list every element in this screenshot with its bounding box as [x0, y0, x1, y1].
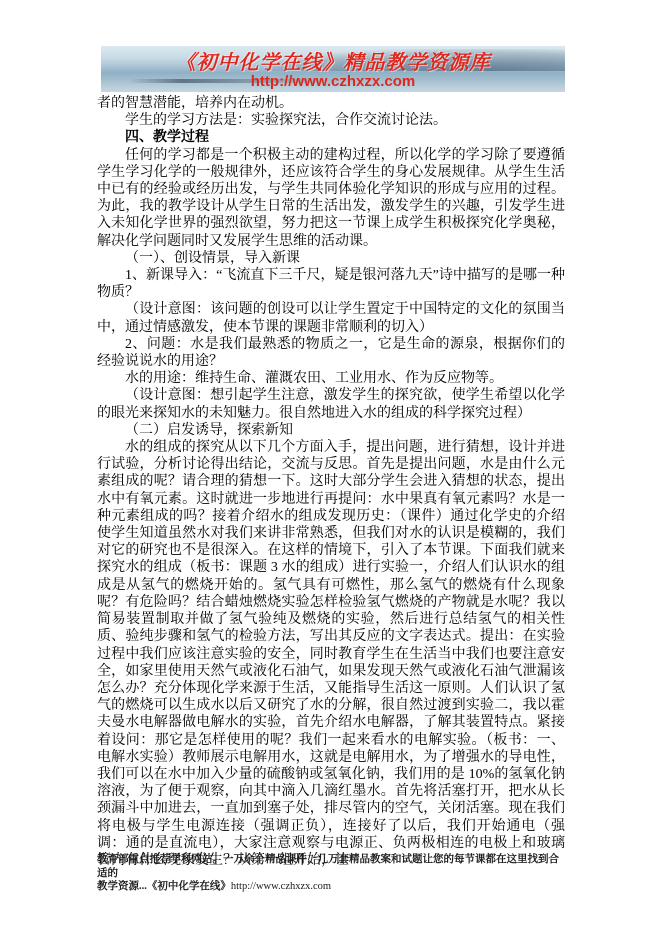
- banner-url: http://www.czhxzx.com: [101, 74, 565, 90]
- paragraph: 任何的学习都是一个积极主动的建构过程，所以化学的学习除了要遵循学生学习化学的一般…: [97, 147, 565, 250]
- section-heading: 四、教学过程: [97, 129, 565, 146]
- subsection-heading: （二）启发诱导，探索新知: [97, 422, 565, 439]
- subsection-heading: （一）、创设情景，导入新课: [97, 250, 565, 267]
- page-footer: 教育部重点推荐学科网站。一万余个精品课件，几万套精品教案和试题让您的每节课都在这…: [97, 853, 569, 894]
- paragraph: 水的用途：维持生命、灌溉农田、工业用水、作为反应物等。: [97, 370, 565, 387]
- footer-line-2: 教学资源...《初中化学在线》http://www.czhxzx.com: [97, 880, 569, 894]
- paragraph: （设计意图：想引起学生注意，激发学生的探究欲，使学生希望以化学的眼光来探知水的未…: [97, 387, 565, 421]
- banner-text-block: 《初中化学在线》精品教学资源库 http://www.czhxzx.com: [101, 46, 565, 90]
- paragraph: 水的组成的探究从以下几个方面入手，提出问题，进行猜想，设计并进行试验，分析讨论得…: [97, 439, 565, 869]
- banner-title: 《初中化学在线》精品教学资源库: [101, 51, 565, 75]
- footer-line-1: 教育部重点推荐学科网站。一万余个精品课件，几万套精品教案和试题让您的每节课都在这…: [97, 853, 569, 880]
- paragraph: 1、新课导入：“飞流直下三千尺，疑是银河落九天”诗中描写的是哪一种物质？: [97, 267, 565, 301]
- paragraph: 学生的学习方法是：实验探究法，合作交流讨论法。: [97, 112, 565, 129]
- paragraph-continuation: 者的智慧潜能，培养内在动机。: [97, 95, 565, 112]
- paragraph: （设计意图：该问题的创设可以让学生置定于中国特定的文化的氛围当中，通过情感激发，…: [97, 301, 565, 335]
- footer-line-2-text: 教学资源...《初中化学在线》: [97, 881, 231, 892]
- footer-url: http://www.czhxzx.com: [231, 881, 331, 892]
- paragraph: 2、问题：水是我们最熟悉的物质之一，它是生命的源泉，根据你们的经验说说水的用途？: [97, 336, 565, 370]
- site-banner: 《初中化学在线》精品教学资源库 http://www.czhxzx.com: [101, 46, 565, 92]
- document-body: 者的智慧潜能，培养内在动机。 学生的学习方法是：实验探究法，合作交流讨论法。 四…: [97, 95, 565, 869]
- document-page: 《初中化学在线》精品教学资源库 http://www.czhxzx.com 者的…: [0, 0, 661, 935]
